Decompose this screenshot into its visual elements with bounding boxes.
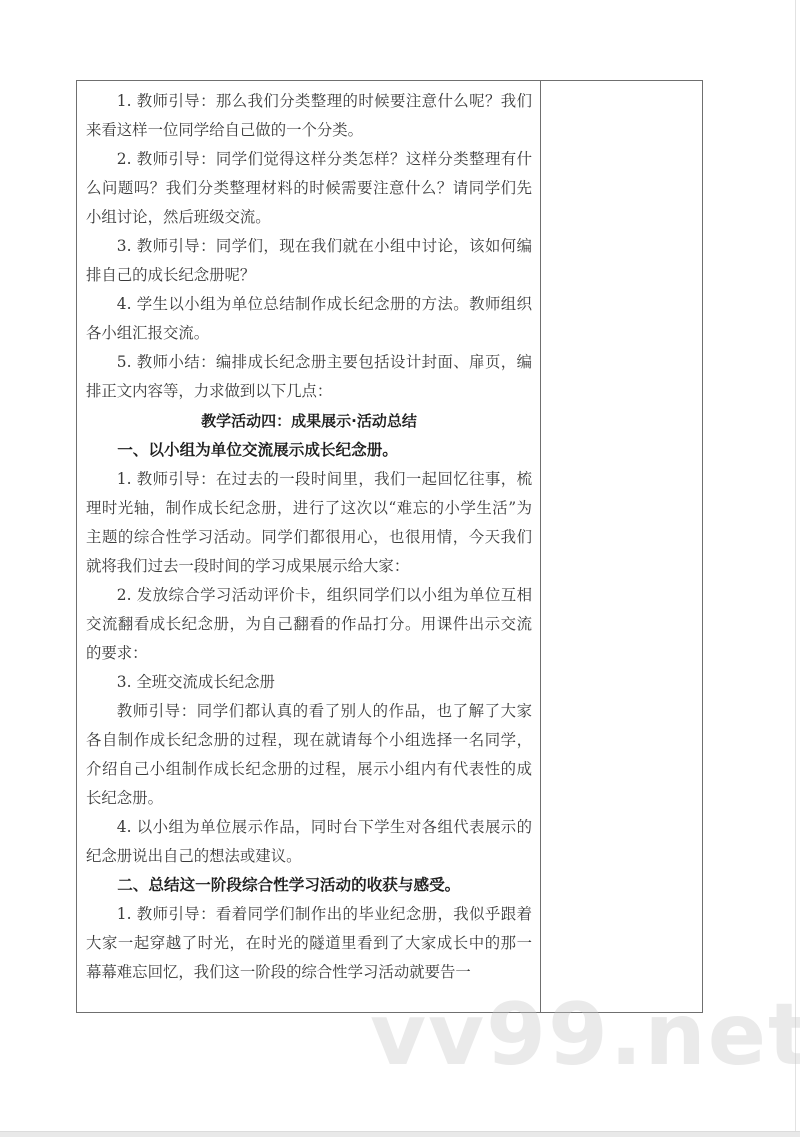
paragraph-step-5: 5. 教师小结：编排成长纪念册主要包括设计封面、扉页，编排正文内容等，力求做到以… <box>86 348 532 406</box>
page-edge <box>795 0 796 1132</box>
paragraph-step-1: 1. 教师引导：那么我们分类整理的时候要注意什么呢？我们来看这样一位同学给自己做… <box>86 87 532 145</box>
lesson-content: 1. 教师引导：那么我们分类整理的时候要注意什么呢？我们来看这样一位同学给自己做… <box>86 87 532 987</box>
paragraph-step-4: 4. 学生以小组为单位总结制作成长纪念册的方法。教师组织各小组汇报交流。 <box>86 290 532 348</box>
paragraph-exchange-1: 1. 教师引导：在过去的一段时间里，我们一起回忆往事，梳理时光轴，制作成长纪念册… <box>86 465 532 581</box>
page-bottom-edge <box>0 1131 800 1137</box>
paragraph-summary-1: 1. 教师引导：看着同学们制作出的毕业纪念册，我似乎跟着大家一起穿越了时光，在时… <box>86 900 532 987</box>
paragraph-exchange-3: 3. 全班交流成长纪念册 <box>86 668 532 697</box>
paragraph-teacher-guide: 教师引导：同学们都认真的看了别人的作品，也了解了大家各自制作成长纪念册的过程，现… <box>86 697 532 813</box>
paragraph-exchange-2: 2. 发放综合学习活动评价卡，组织同学们以小组为单位互相交流翻看成长纪念册，为自… <box>86 581 532 668</box>
section-one-heading: 一、以小组为单位交流展示成长纪念册。 <box>86 436 532 465</box>
section-two-heading: 二、总结这一阶段综合性学习活动的收获与感受。 <box>86 871 532 900</box>
activity-four-heading: 教学活动四：成果展示·活动总结 <box>86 407 532 436</box>
table-cell-content: 1. 教师引导：那么我们分类整理的时候要注意什么呢？我们来看这样一位同学给自己做… <box>77 81 540 1012</box>
paragraph-step-3: 3. 教师引导：同学们，现在我们就在小组中讨论，该如何编排自己的成长纪念册呢？ <box>86 232 532 290</box>
lesson-plan-table: 1. 教师引导：那么我们分类整理的时候要注意什么呢？我们来看这样一位同学给自己做… <box>76 80 703 1013</box>
paragraph-step-2: 2. 教师引导：同学们觉得这样分类怎样？这样分类整理有什么问题吗？我们分类整理材… <box>86 145 532 232</box>
paragraph-exchange-4: 4. 以小组为单位展示作品，同时台下学生对各组代表展示的纪念册说出自己的想法或建… <box>86 813 532 871</box>
table-cell-notes <box>541 81 702 1012</box>
